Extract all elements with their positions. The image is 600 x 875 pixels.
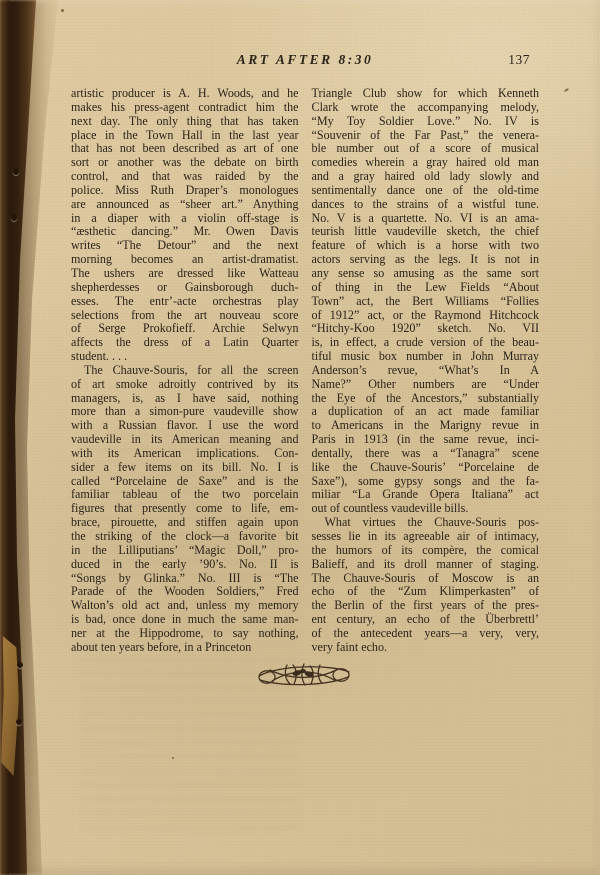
- text-line: Parade of the Wooden Soldiers,” Fred: [71, 585, 299, 599]
- text-line: affects the dress of a Latin Quarter: [71, 336, 299, 350]
- paper-speck: [564, 88, 569, 92]
- text-line: police. Miss Ruth Draper’s monologues: [71, 184, 299, 198]
- text-line: Saxe”), some gypsy songs and the fa-: [312, 475, 540, 489]
- text-line: teurish little vaudeville sketch, the ch…: [312, 225, 540, 239]
- text-line: echo of the “Zum Klimperkasten” of: [312, 585, 540, 599]
- text-line: The Chauve-Souris, for all the screen: [71, 364, 299, 378]
- text-line: Paris in 1913 (in the same revue, inci-: [312, 433, 540, 447]
- text-line: of Serge Prokofieff. Archie Selwyn: [71, 322, 299, 336]
- paragraph: artistic producer is A. H. Woods, and he…: [71, 87, 299, 364]
- text-line: familiar tableau of the two porcelain: [71, 488, 299, 502]
- text-line: ble number out of a score of musical: [312, 142, 540, 156]
- text-line: managers, is, as I have said, nothing: [71, 392, 299, 406]
- text-line: in a diaper with a violin off-stage is: [71, 212, 299, 226]
- text-line: What virtues the Chauve-Souris pos-: [312, 516, 540, 530]
- text-line: that has not been described as art of on…: [71, 142, 299, 156]
- text-line: The Chauve-Souris of Moscow is an: [312, 572, 540, 586]
- text-line: shepherdesses or Gainsborough duch-: [71, 281, 299, 295]
- left-column: artistic producer is A. H. Woods, and he…: [71, 87, 299, 655]
- binding-hole: [17, 662, 23, 668]
- paragraph: The Chauve-Souris, for all the screenof …: [71, 364, 299, 655]
- two-column-text: artistic producer is A. H. Woods, and he…: [71, 87, 539, 655]
- text-line: duced in the early ’90’s. No. II is: [71, 558, 299, 572]
- text-line: tiful music box number in John Murray: [312, 350, 540, 364]
- binding-hole: [13, 168, 19, 175]
- binding-hole: [11, 214, 17, 221]
- text-line: with its American implications. Con-: [71, 447, 299, 461]
- text-line: like the Chauve-Souris’ “Porcelaine de: [312, 461, 540, 475]
- page-header: ART AFTER 8:30 137: [71, 52, 539, 72]
- text-line: the humors of its compère, the comical: [312, 544, 540, 558]
- text-line: more than a simon-pure vaudeville show: [71, 405, 299, 419]
- text-line: artistic producer is A. H. Woods, and he: [71, 87, 299, 101]
- text-line: comedies wherein a gray haired old man: [312, 156, 540, 170]
- text-line: student. . . .: [71, 350, 299, 364]
- text-line: Anderson’s revue, “What’s In A: [312, 364, 540, 378]
- text-line: “Songs by Glinka.” No. III is “The: [71, 572, 299, 586]
- text-line: sentimentally dance one of the old-time: [312, 184, 540, 198]
- running-title: ART AFTER 8:30: [237, 52, 374, 68]
- printed-text-block: ART AFTER 8:30 137 artistic producer is …: [71, 52, 539, 655]
- text-line: Clark wrote the accompanying melody,: [312, 101, 540, 115]
- text-line: the Berlin of the first years of the pre…: [312, 599, 540, 613]
- page-number: 137: [508, 52, 530, 68]
- text-line: “My Toy Soldier Love.” No. IV is: [312, 115, 540, 129]
- text-line: esses. The entr’-acte orchestras play: [71, 295, 299, 309]
- text-line: figures that presently come to life, em-: [71, 502, 299, 516]
- text-line: called “Porcelaine de Saxe” and is the: [71, 475, 299, 489]
- text-line: is bad, once done in much the same man-: [71, 613, 299, 627]
- text-line: of 1912” act, or the Raymond Hitchcock: [312, 309, 540, 323]
- paper-speck: [61, 9, 64, 12]
- text-line: Name?” Other numbers are “Under: [312, 378, 540, 392]
- text-line: sider a few items on its bill. No. I is: [71, 461, 299, 475]
- text-line: any sense so amusing as the same sort: [312, 267, 540, 281]
- text-line: of art smoke adroitly contrived by its: [71, 378, 299, 392]
- text-line: with a Russian flavor. I use the word: [71, 419, 299, 433]
- text-line: feature of which is a horse with two: [312, 239, 540, 253]
- text-line: of thing in the Lew Fields “About: [312, 281, 540, 295]
- text-line: No. V is a quartette. No. VI is an ama-: [312, 212, 540, 226]
- binding-hole: [16, 719, 22, 725]
- text-line: “æsthetic dancing.” Mr. Owen Davis: [71, 225, 299, 239]
- text-line: dances to the strains of a wistful tune.: [312, 198, 540, 212]
- text-line: ner at the Hippodrome, to say nothing,: [71, 627, 299, 641]
- text-line: vaudeville in its American meaning and: [71, 433, 299, 447]
- text-line: the Eye of the Ancestors,” substantially: [312, 392, 540, 406]
- text-line: is, in effect, a crude version of the be…: [312, 336, 540, 350]
- text-line: actors serving as the legs. It is not in: [312, 253, 540, 267]
- text-line: a duplication of an act made familiar: [312, 405, 540, 419]
- right-column: Triangle Club show for which KennethClar…: [312, 87, 540, 655]
- text-line: sesses lie in its agreeable air of intim…: [312, 530, 540, 544]
- text-line: miliar “La Grande Opera Italiana” act: [312, 488, 540, 502]
- flourish-icon: [256, 659, 352, 689]
- text-line: very faint echo.: [312, 641, 540, 655]
- calligraphic-flourish-ornament: [256, 659, 352, 689]
- text-line: to Americans in the Marigny revue in: [312, 419, 540, 433]
- text-line: makes his press-agent contradict him the: [71, 101, 299, 115]
- text-line: are announced as “sheer art.” Anything: [71, 198, 299, 212]
- text-line: sort or another was the debate on birth: [71, 156, 299, 170]
- text-line: ent century, an echo of the Überbrettl’: [312, 613, 540, 627]
- paper-speck: [172, 757, 174, 759]
- text-line: Triangle Club show for which Kenneth: [312, 87, 540, 101]
- text-line: in the Lilliputians’ “Magic Doll,” pro-: [71, 544, 299, 558]
- text-line: “Hitchy-Koo 1920” sketch. No. VII: [312, 322, 540, 336]
- text-line: and a gray haired old lady slowly and: [312, 170, 540, 184]
- text-line: “Souvenir of the Far Past,” the venera-: [312, 129, 540, 143]
- paragraph: Triangle Club show for which KennethClar…: [312, 87, 540, 516]
- text-line: about ten years before, in a Princeton: [71, 641, 299, 655]
- text-line: Town” act, the Bert Williams “Follies: [312, 295, 540, 309]
- text-line: brace, pirouette, and stiffen again upon: [71, 516, 299, 530]
- text-line: dentally, there was a “Tanagra” scene: [312, 447, 540, 461]
- text-line: next day. The only thing that has taken: [71, 115, 299, 129]
- text-line: place in the Town Hall in the last year: [71, 129, 299, 143]
- text-line: of the antecedent years—a very, very,: [312, 627, 540, 641]
- text-line: the striking of the clock—a favorite bit: [71, 530, 299, 544]
- paragraph: What virtues the Chauve-Souris pos-sesse…: [312, 516, 540, 654]
- text-line: writes “The Detour” and the next: [71, 239, 299, 253]
- text-line: out of countless vaudeville bills.: [312, 502, 540, 516]
- book-page: ART AFTER 8:30 137 artistic producer is …: [0, 0, 600, 875]
- text-line: Balieff, and its droll manner of staging…: [312, 558, 540, 572]
- text-line: Walton’s old act and, unless my memory: [71, 599, 299, 613]
- text-line: control, and that was raided by the: [71, 170, 299, 184]
- text-line: selections from the art nouveau score: [71, 309, 299, 323]
- text-line: morning becomes an artist-dramatist.: [71, 253, 299, 267]
- text-line: The ushers are dressed like Watteau: [71, 267, 299, 281]
